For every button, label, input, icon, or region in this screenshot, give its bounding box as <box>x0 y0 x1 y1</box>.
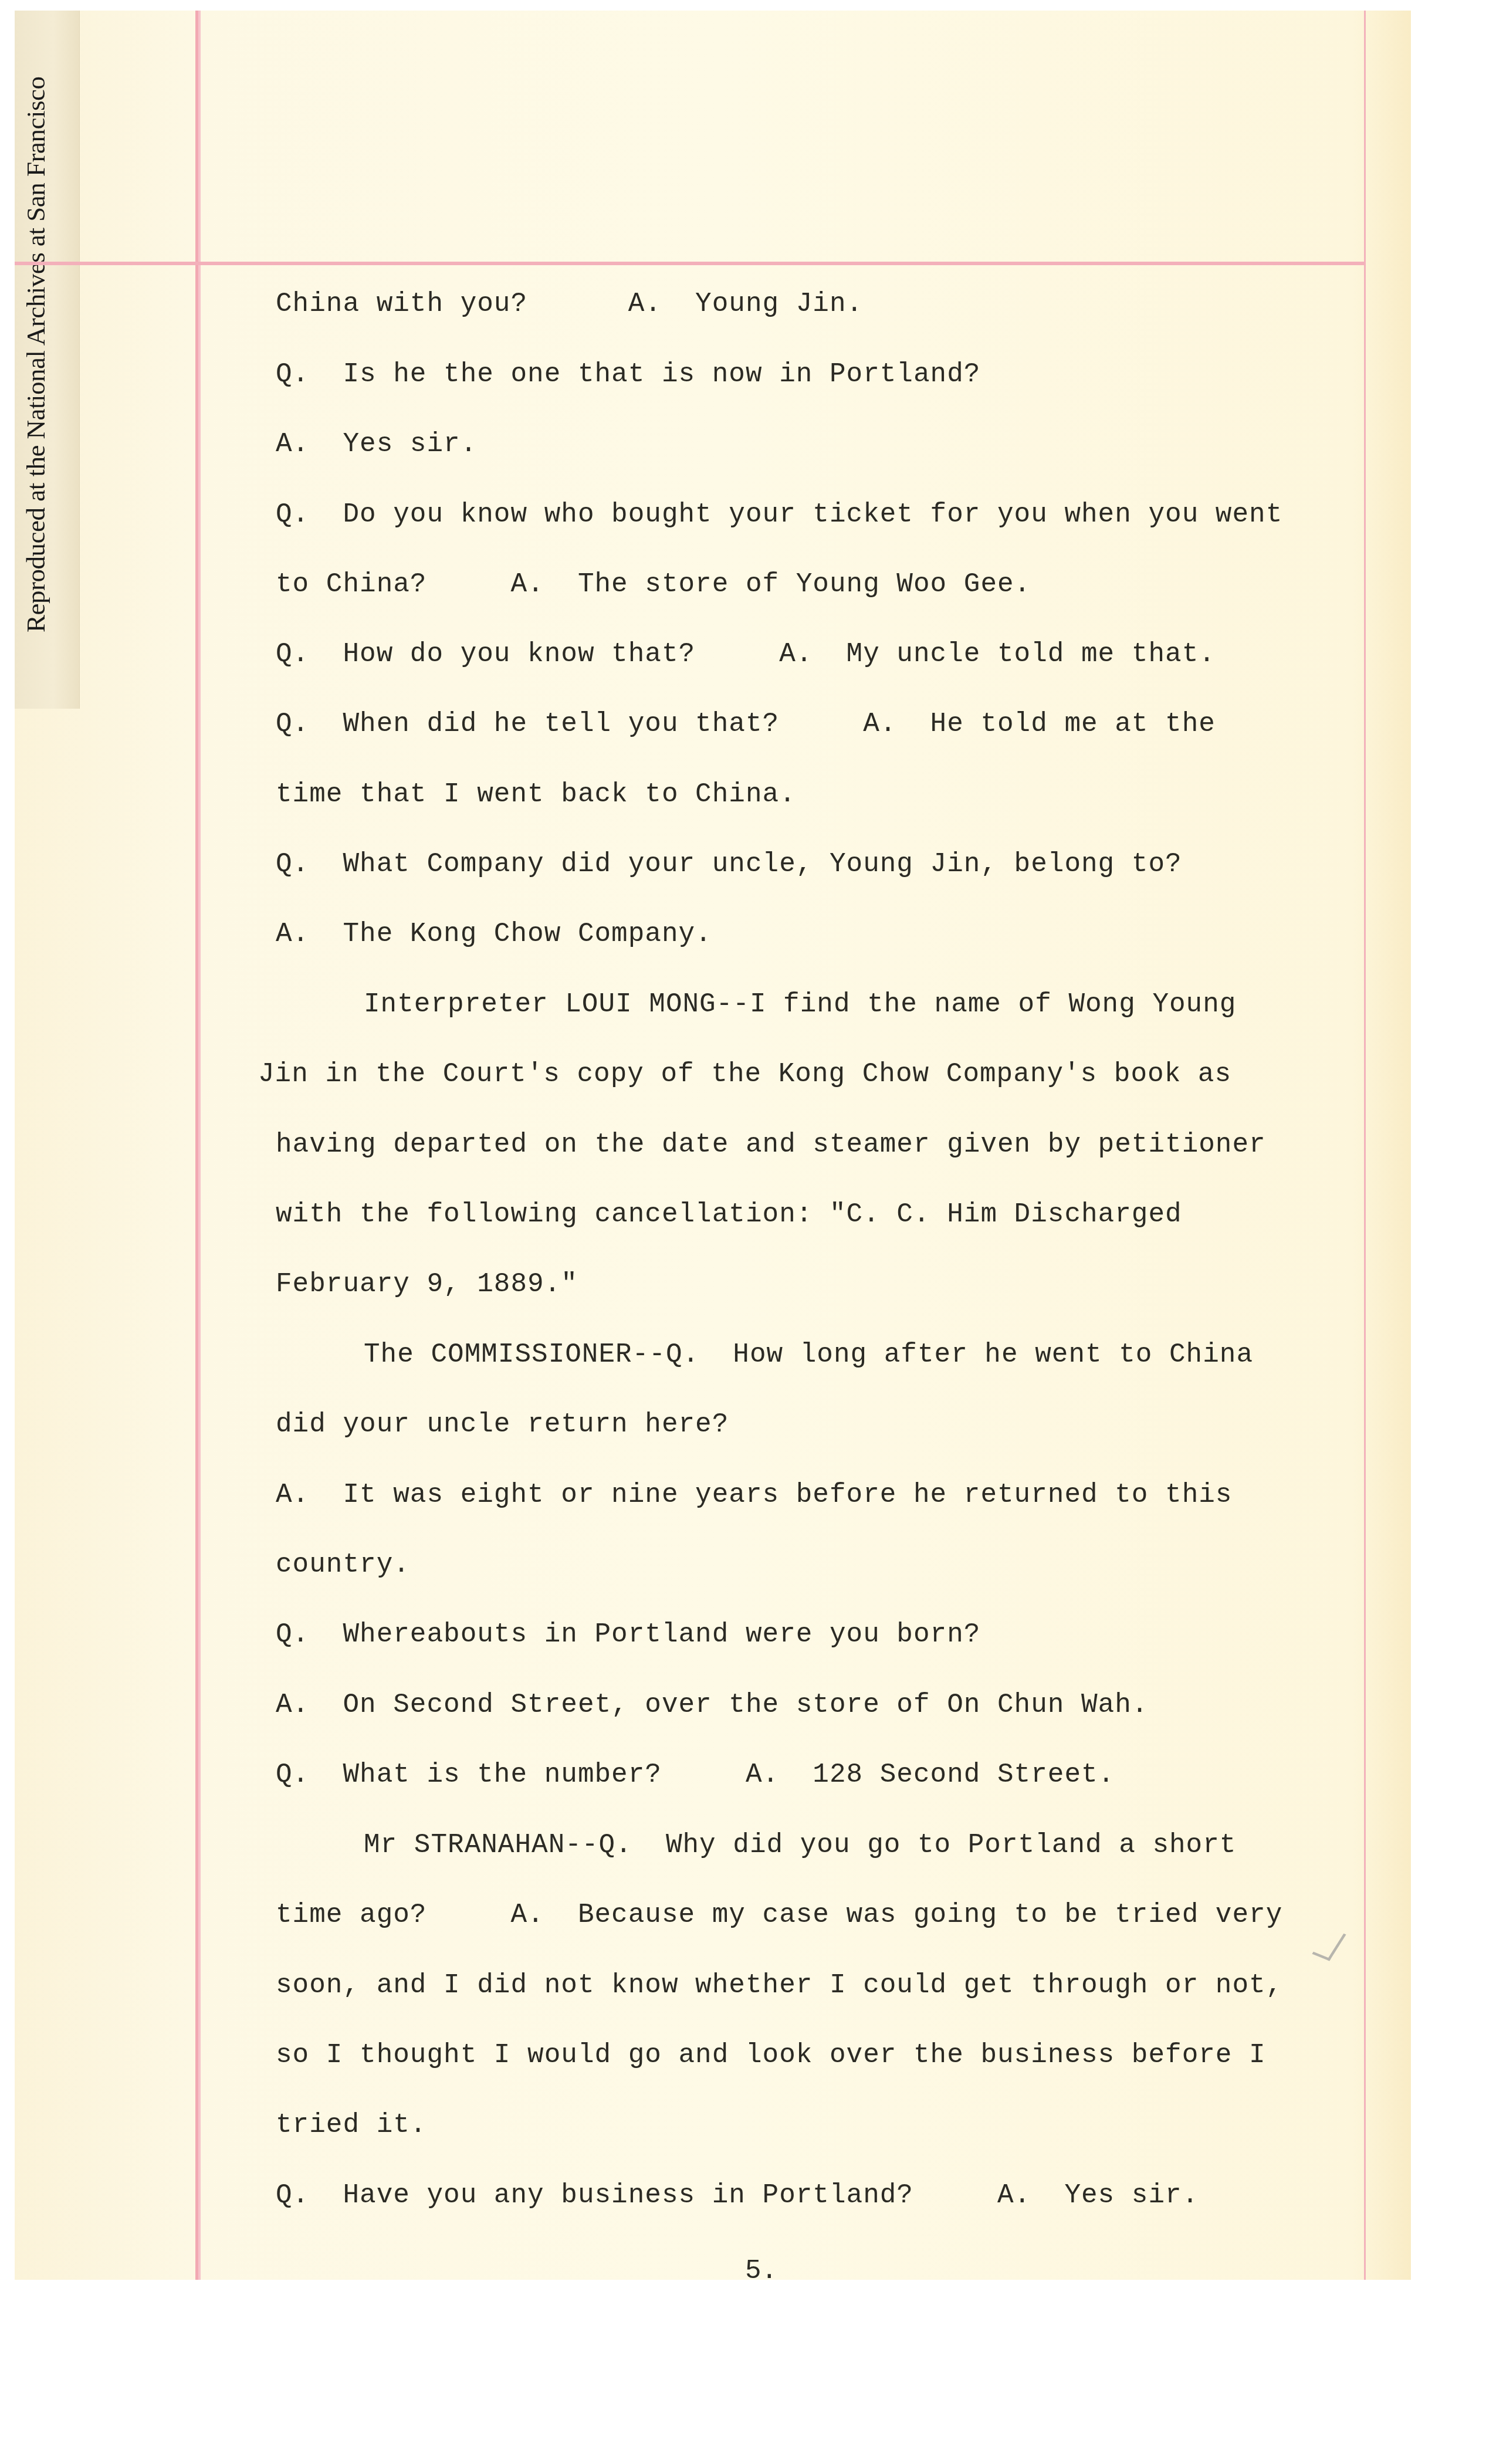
transcript-line: A. It was eight or nine years before he … <box>276 1480 1232 1510</box>
transcript-line: Q. What is the number? A. 128 Second Str… <box>276 1759 1115 1790</box>
transcript-line: did your uncle return here? <box>276 1409 729 1440</box>
transcript-line: Jin in the Court's copy of the Kong Chow… <box>258 1059 1231 1089</box>
transcript-line: soon, and I did not know whether I could… <box>276 1970 1282 2001</box>
transcript-line: Q. Is he the one that is now in Portland… <box>276 359 980 390</box>
transcript-line: Q. Have you any business in Portland? A.… <box>276 2180 1199 2211</box>
transcript-line: Q. How do you know that? A. My uncle tol… <box>276 639 1216 669</box>
transcript-line: having departed on the date and steamer … <box>276 1129 1266 1160</box>
transcript-line: so I thought I would go and look over th… <box>276 2040 1266 2070</box>
transcript-line: China with you? A. Young Jin. <box>276 289 863 319</box>
transcript-line: A. On Second Street, over the store of O… <box>276 1690 1148 1720</box>
transcript-line: Mr STRANAHAN--Q. Why did you go to Portl… <box>364 1830 1236 1860</box>
transcript-line: time ago? A. Because my case was going t… <box>276 1900 1282 1930</box>
transcript-line: Q. Do you know who bought your ticket fo… <box>276 499 1282 530</box>
typed-transcript: China with you? A. Young Jin.Q. Is he th… <box>0 0 1496 2464</box>
transcript-line: The COMMISSIONER--Q. How long after he w… <box>364 1339 1253 1370</box>
transcript-line: country. <box>276 1549 410 1580</box>
transcript-line: Interpreter LOUI MONG--I find the name o… <box>364 989 1236 1020</box>
transcript-line: A. Yes sir. <box>276 429 477 459</box>
transcript-line: tried it. <box>276 2110 427 2140</box>
transcript-line: with the following cancellation: "C. C. … <box>276 1199 1182 1230</box>
transcript-line: February 9, 1889." <box>276 1269 578 1299</box>
page-number: 5. <box>745 2256 777 2286</box>
transcript-line: Q. What Company did your uncle, Young Ji… <box>276 849 1182 879</box>
transcript-line: A. The Kong Chow Company. <box>276 919 712 949</box>
transcript-line: time that I went back to China. <box>276 779 796 810</box>
transcript-line: to China? A. The store of Young Woo Gee. <box>276 569 1031 600</box>
transcript-line: Q. When did he tell you that? A. He told… <box>276 709 1216 739</box>
transcript-line: Q. Whereabouts in Portland were you born… <box>276 1619 980 1650</box>
